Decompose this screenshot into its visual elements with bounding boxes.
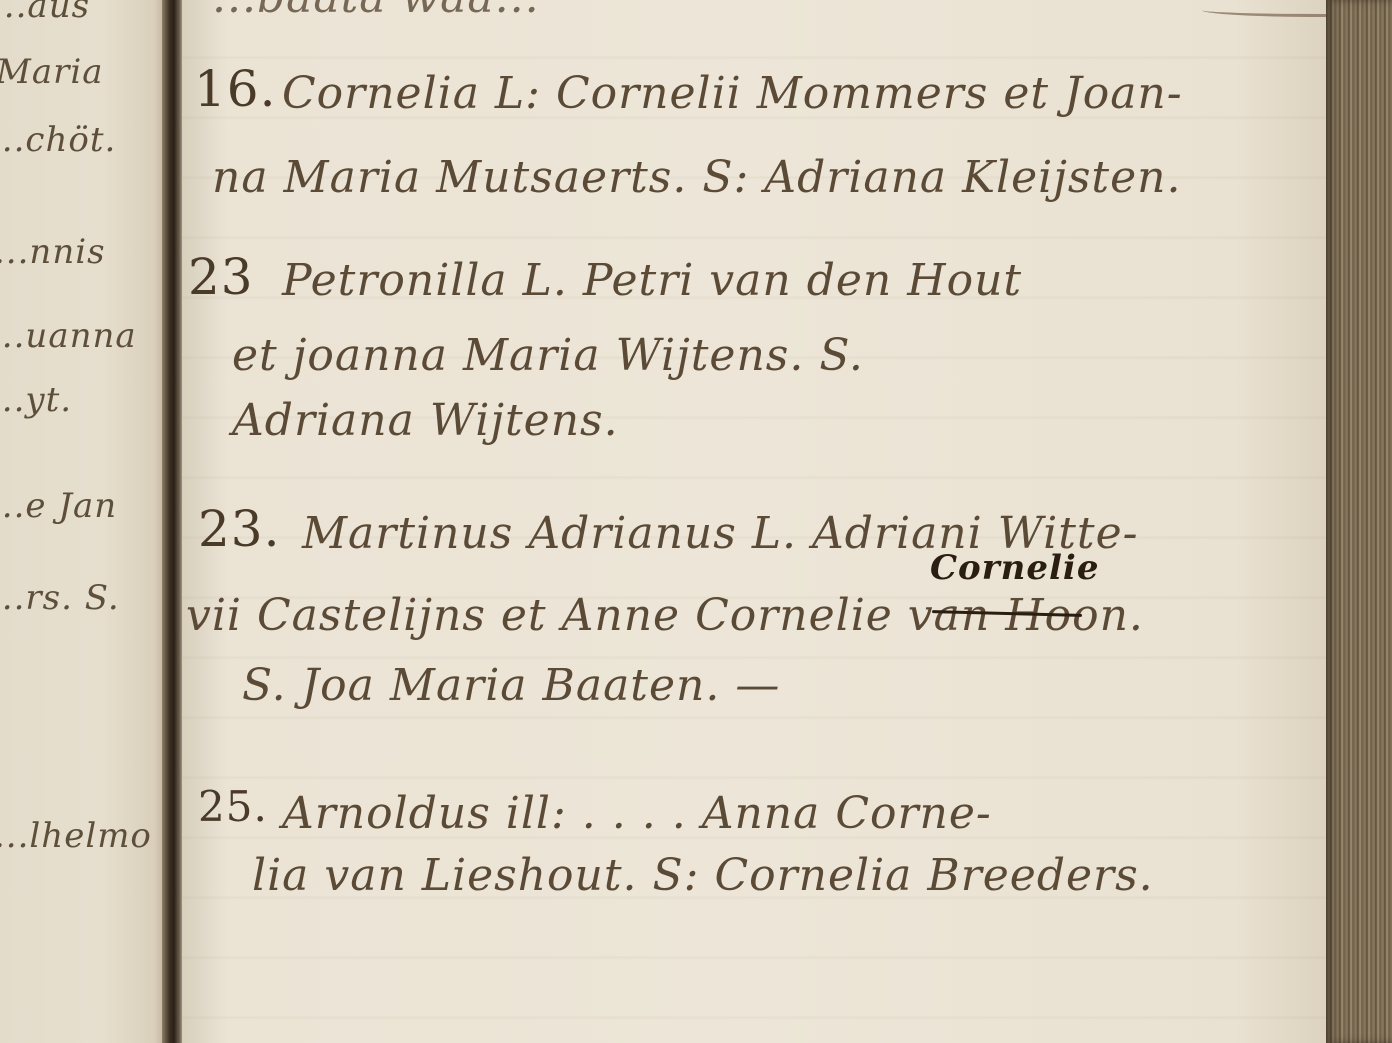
right-page: ...baata waa... 16. Cornelia L: Cornelii…: [182, 0, 1328, 1043]
entry-date: 23.: [198, 500, 281, 558]
left-fragment: ...nnis: [0, 232, 106, 272]
correction-insertion: Cornelie: [930, 548, 1099, 588]
top-fragment: ...baata waa...: [212, 0, 540, 23]
entry-line: Cornelia L: Cornelii Mommers et Joan-: [282, 68, 1183, 119]
left-fragment: ...aus: [0, 0, 90, 26]
left-fragment: Maria: [0, 52, 103, 92]
book-spread: ...aus Maria ...chöt. ...nnis ...uanna .…: [0, 0, 1392, 1043]
entry-date: 16.: [194, 60, 277, 118]
entry-line: vii Castelijns et Anne Cornelie van Hoon…: [186, 590, 1144, 641]
entry-line: lia van Lieshout. S: Cornelia Breeders.: [252, 850, 1154, 901]
entry-line: S. Joa Maria Baaten. —: [242, 660, 780, 711]
left-fragment: ...chöt.: [0, 120, 116, 160]
entry-line: Petronilla L. Petri van den Hout: [282, 255, 1022, 306]
entry-line: Arnoldus ill: . . . . Anna Corne-: [282, 788, 992, 839]
book-gutter: [162, 0, 184, 1043]
entry-date: 25.: [198, 782, 268, 831]
entry-line: et joanna Maria Wijtens. S.: [232, 330, 864, 381]
left-fragment: ...yt.: [0, 380, 72, 420]
entry-line: na Maria Mutsaerts. S: Adriana Kleijsten…: [212, 152, 1181, 203]
left-fragment: ...rs. S.: [0, 578, 120, 618]
left-fragment: ...lhelmo: [0, 816, 152, 856]
entry-date: 23: [188, 248, 254, 306]
left-fragment: ...e Jan: [0, 486, 117, 526]
left-fragment: ...uanna: [0, 316, 137, 356]
left-page: ...aus Maria ...chöt. ...nnis ...uanna .…: [0, 0, 168, 1043]
entry-line: Adriana Wijtens.: [232, 395, 619, 446]
page-edges: [1326, 0, 1392, 1043]
